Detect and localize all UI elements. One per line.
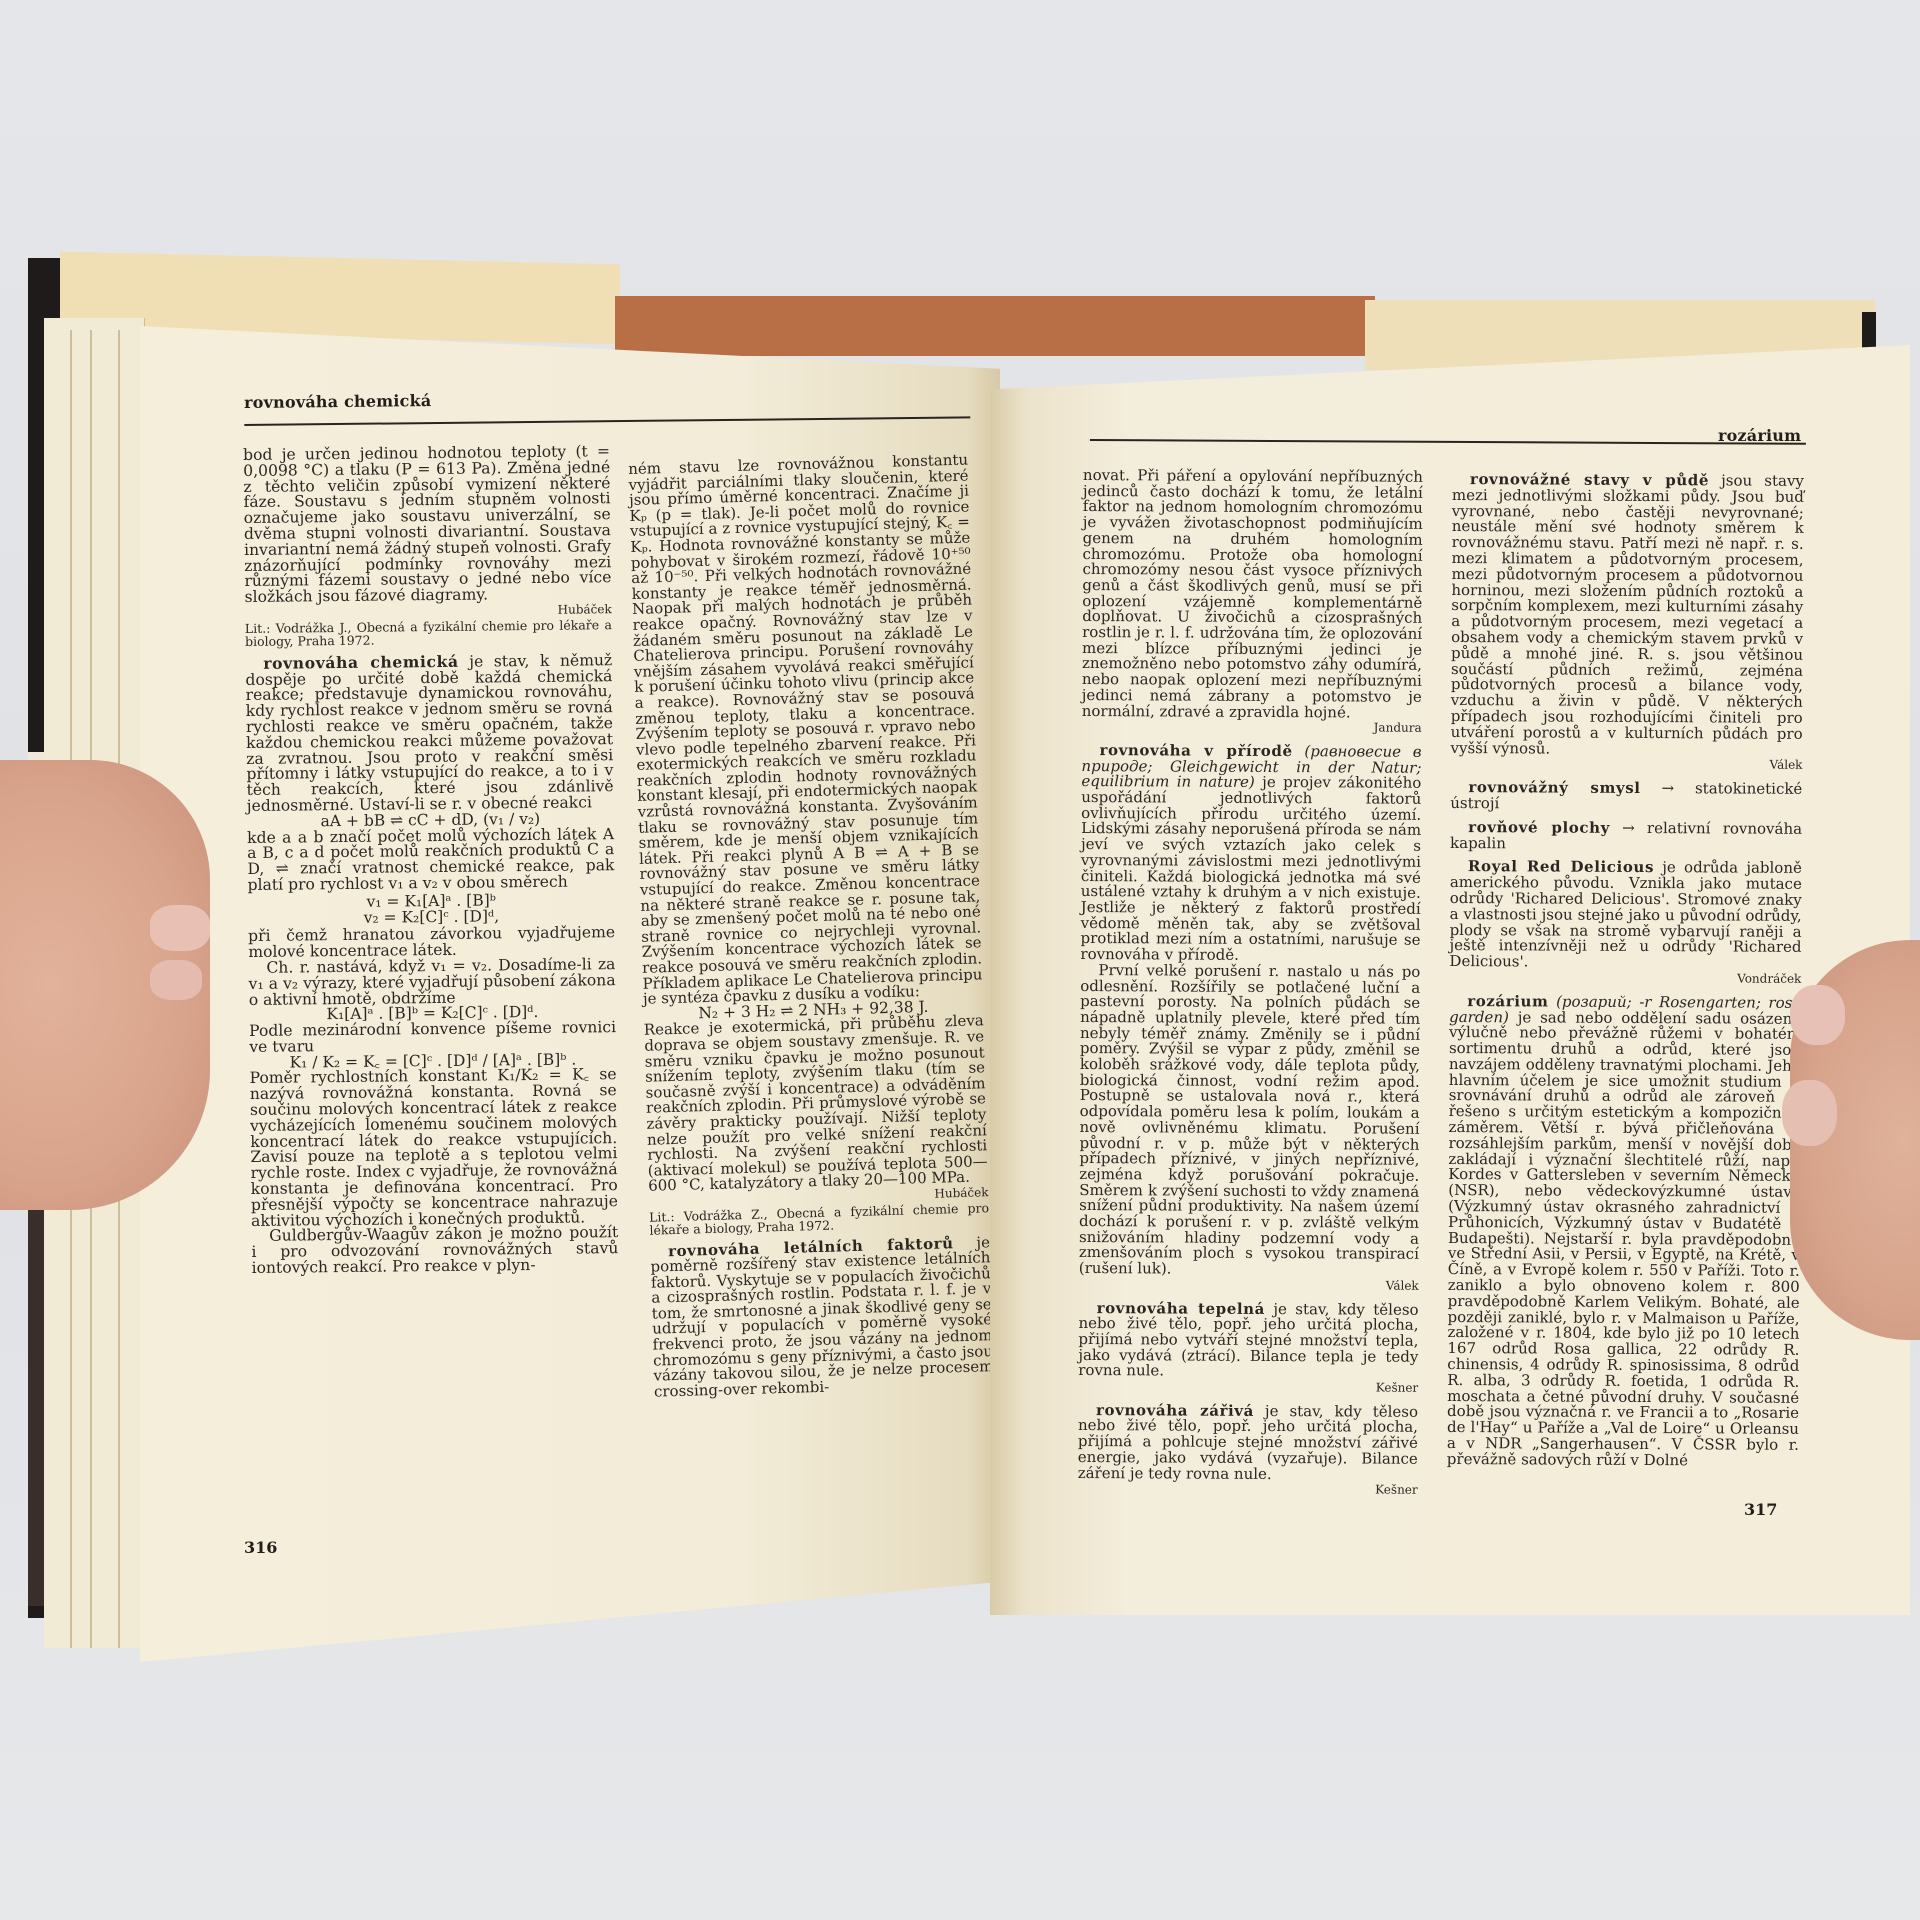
- paragraph: bod je určen jedinou hodnotou teploty (t…: [243, 444, 612, 606]
- entry-rovnovaha-v-prirode: rovnováha v přírodě (равновесие в природ…: [1080, 743, 1421, 965]
- entry-rozarium: rozárium (розарий; -r Rosengarten; rose …: [1447, 994, 1801, 1470]
- author: Vondráček: [1449, 970, 1801, 988]
- entry-rovnovaha-tepelna: rovnováha tepelná je stav, kdy těleso ne…: [1078, 1301, 1418, 1381]
- author: Kešner: [1078, 1481, 1418, 1498]
- paragraph: Guldbergův-Waagův zákon je možno použít …: [251, 1226, 618, 1277]
- entry-rovnovazny-smysl: rovnovážný smysl → statokinetické ústroj…: [1450, 780, 1802, 813]
- literature-ref: Lit.: Vodrážka J., Obecná a fyzikální ch…: [245, 618, 612, 648]
- spine-cloth: [615, 296, 1375, 356]
- paragraph: Reakce je exotermická, při průběhu zleva…: [644, 1014, 989, 1195]
- left-page-column-1: bod je určen jedinou hodnotou teploty (t…: [243, 444, 619, 1277]
- entry-text: je projev zákonitého uspořádání jednotli…: [1080, 773, 1421, 964]
- fingernail: [150, 905, 210, 951]
- entry-text: je sad nebo oddělení sadu osázené výlučn…: [1447, 1008, 1801, 1469]
- entry-royal-red-delicious: Royal Red Delicious je odrůda jabloně am…: [1449, 859, 1802, 971]
- right-page-column-1: novat. Při páření a opylování nepříbuzný…: [1078, 468, 1423, 1499]
- entry-rovnovaha-letalnich-faktoru: rovnováha letálních faktorů je poměrně r…: [650, 1235, 994, 1400]
- page-number-right: 317: [1744, 1500, 1777, 1519]
- entry-text: je odrůda jabloně amerického původu. Vzn…: [1449, 858, 1802, 970]
- paragraph: novat. Při páření a opylování nepříbuzný…: [1082, 468, 1423, 721]
- running-head-right: rozárium: [1718, 426, 1801, 445]
- author: Kešner: [1078, 1379, 1418, 1396]
- entry-text: je stav, k němuž dospěje po určité době …: [245, 651, 613, 815]
- paragraph: Ch. r. nastává, když v₁ = v₂. Dosadíme-l…: [248, 957, 615, 1008]
- left-page-column-2: ném stavu lze rovnovážnou konstantu vyjá…: [628, 453, 994, 1401]
- paragraph: kde a a b značí počet molů výchozích lát…: [247, 827, 615, 894]
- paragraph: ném stavu lze rovnovážnou konstantu vyjá…: [628, 453, 983, 1008]
- fingernail: [1790, 985, 1845, 1045]
- author: Válek: [1450, 756, 1802, 774]
- entry-rovnovazne-stavy-v-pude: rovnovážné stavy v půdě jsou stavy mezi …: [1451, 472, 1804, 758]
- entry-text: jsou stavy mezi jednotlivými složkami pů…: [1451, 471, 1804, 757]
- entry-rovnove-plochy: rovňové plochy → relativní rovnováha kap…: [1450, 820, 1802, 853]
- paragraph: První velké porušení r. nastalo u nás po…: [1079, 963, 1421, 1279]
- author: Jandura: [1082, 719, 1422, 736]
- paragraph: Poměr rychlostních konstant K₁/K₂ = K꜀ s…: [250, 1068, 619, 1230]
- right-page-column-2: rovnovážné stavy v půdě jsou stavy mezi …: [1447, 472, 1804, 1469]
- page-number-left: 316: [244, 1538, 277, 1557]
- fingernail: [150, 960, 202, 1000]
- author: Válek: [1079, 1277, 1419, 1294]
- fingernail: [1782, 1080, 1837, 1146]
- entry-text: je poměrně rozšířený stav existence letá…: [650, 1233, 993, 1401]
- entry-rovnovaha-zariva: rovnováha zářivá je stav, kdy těleso neb…: [1078, 1403, 1418, 1483]
- entry-rovnovaha-chemicka: rovnováha chemická je stav, k němuž dosp…: [245, 652, 614, 815]
